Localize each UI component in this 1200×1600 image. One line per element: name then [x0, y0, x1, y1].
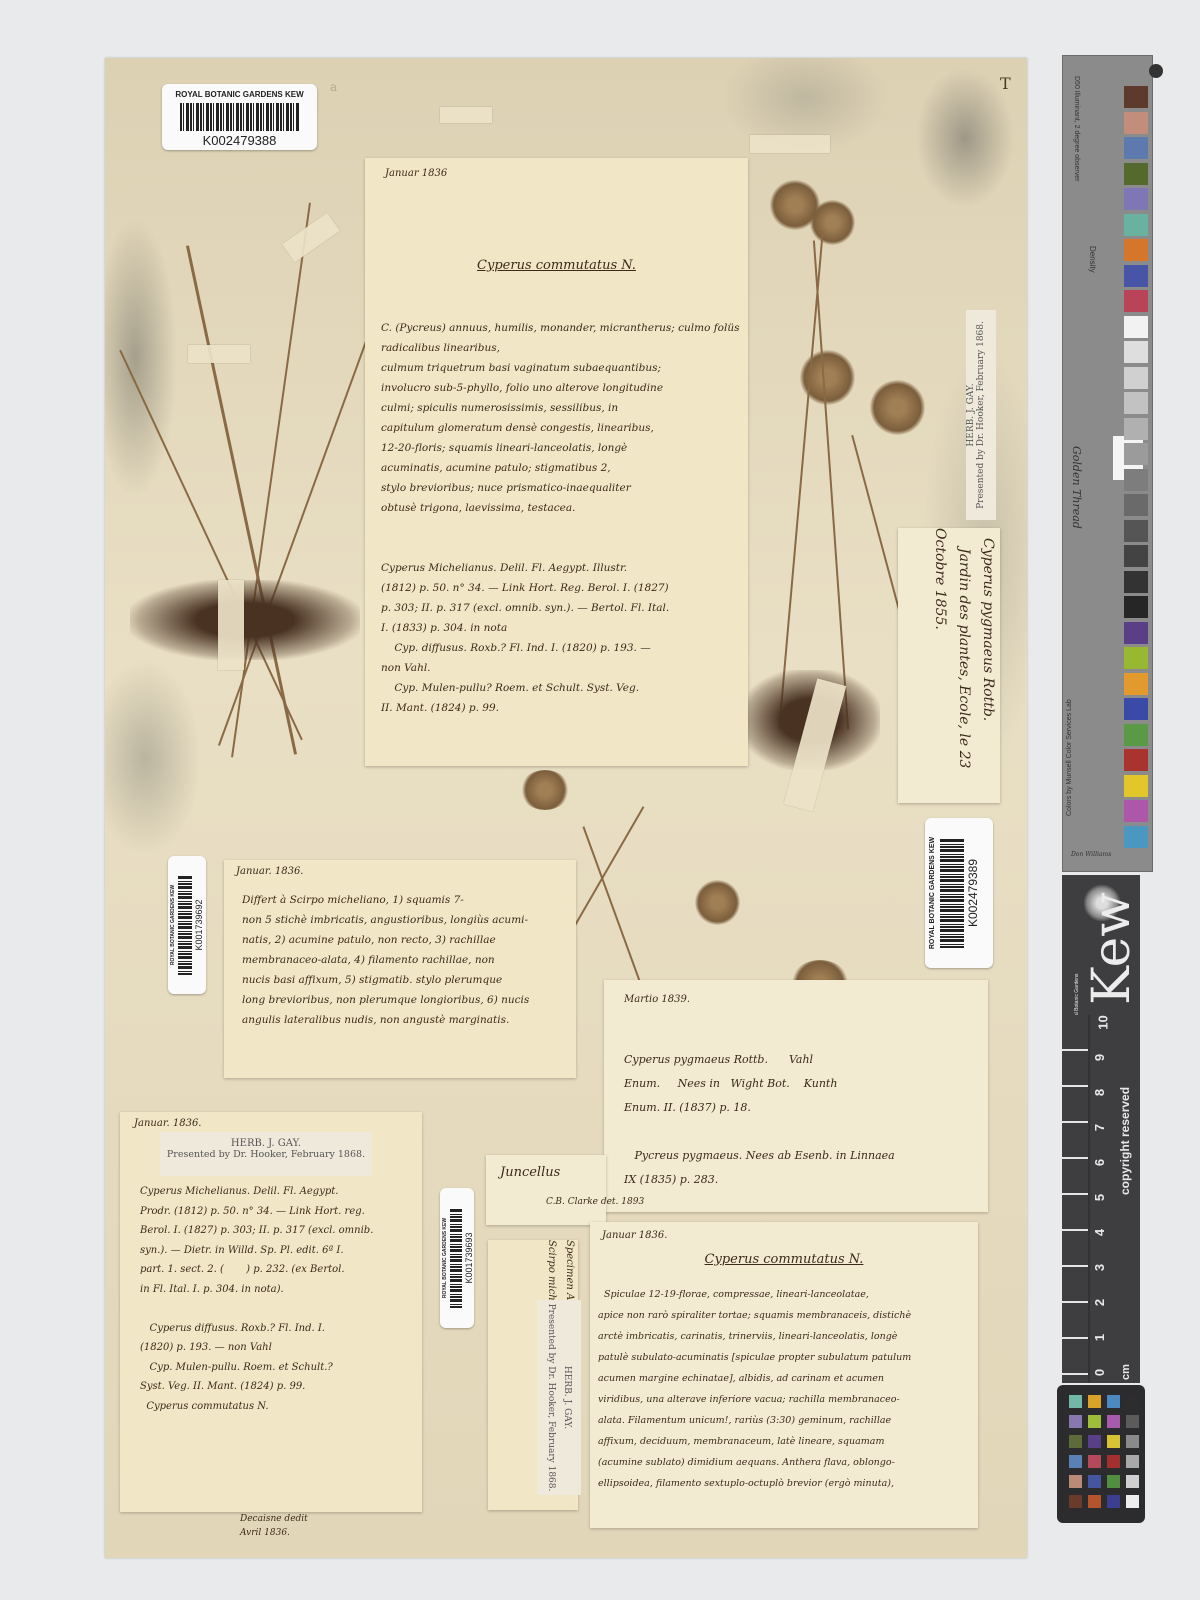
- plant-specimen-left: [120, 180, 380, 740]
- color-swatch: [1124, 571, 1148, 593]
- color-swatch: [1124, 749, 1148, 771]
- color-swatch: [1124, 826, 1148, 848]
- bottom-right-description-note: Januar 1836. Cyperus commutatus N. Spicu…: [590, 1222, 978, 1528]
- color-swatch: [1124, 520, 1148, 542]
- bottom-left-note: Januar. 1836. HERB. J. GAY. Presented by…: [120, 1112, 422, 1512]
- checker-swatch: [1088, 1455, 1101, 1468]
- kew-scale-bar: Kew Royal Botanic Gardens copyright rese…: [1062, 875, 1140, 1383]
- ruler-tick-label: 0: [1092, 1369, 1107, 1376]
- color-swatch: [1124, 392, 1148, 414]
- donor-note: Decaisne dedit Avril 1836.: [240, 1512, 308, 1540]
- barcode-label-left: ROYAL BOTANIC GARDENS KEW K001739692: [168, 856, 206, 994]
- herb-subtitle: Presented by Dr. Hooker, February 1868.: [976, 310, 986, 520]
- juncellus-determination-label: Juncellus C.B. Clarke det. 1893: [486, 1155, 606, 1225]
- checker-swatch: [1088, 1495, 1101, 1508]
- institution-name: ROYAL BOTANIC GARDENS KEW: [925, 818, 936, 968]
- color-swatch: [1124, 239, 1148, 261]
- checker-swatch: [1107, 1475, 1120, 1488]
- checker-swatch: [1088, 1415, 1101, 1428]
- barcode-number: K001739693: [464, 1188, 474, 1328]
- checker-swatch: [1107, 1395, 1120, 1408]
- checker-swatch: [1107, 1415, 1120, 1428]
- color-bar-signature: Don Williams: [1071, 851, 1111, 858]
- color-swatch: [1124, 367, 1148, 389]
- color-swatch: [1124, 698, 1148, 720]
- color-swatch: [1124, 137, 1148, 159]
- species-name: Cyperus pygmaeus Rottb.: [976, 528, 1000, 803]
- color-swatch: [1124, 188, 1148, 210]
- color-swatch: [1124, 494, 1148, 516]
- ruler-tick-label: 10: [1096, 1015, 1111, 1029]
- note-text: Differt à Scirpo micheliano, 1) squamis …: [242, 890, 570, 1030]
- ruler-tick-label: 1: [1092, 1334, 1107, 1341]
- color-swatch: [1124, 265, 1148, 287]
- checker-swatch: [1069, 1435, 1082, 1448]
- barcode-label-center: ROYAL BOTANIC GARDENS KEW K001739693: [440, 1188, 474, 1328]
- checker-swatch: [1126, 1435, 1139, 1448]
- checker-swatch: [1107, 1435, 1120, 1448]
- color-calibration-bar: Colors by Munsell Color Services Lab D50…: [1062, 55, 1153, 872]
- checker-swatch: [1107, 1495, 1120, 1508]
- mounting-tape: [440, 107, 492, 123]
- herb-gay-label: HERB. J. GAY. Presented by Dr. Hooker, F…: [160, 1132, 372, 1176]
- barcode-label-top: ROYAL BOTANIC GARDENS KEW K002479388: [162, 84, 317, 150]
- institution-name: ROYAL BOTANIC GARDENS KEW: [168, 856, 176, 994]
- mounting-tape: [750, 135, 830, 153]
- color-swatch: [1124, 316, 1148, 338]
- color-bar-credit: Colors by Munsell Color Services Lab: [1066, 516, 1073, 816]
- barcode-number: K002479388: [162, 133, 317, 148]
- herb-title: HERB. J. GAY.: [966, 310, 976, 520]
- kew-logo: Kew: [1082, 892, 1142, 1005]
- mounting-tape: [188, 345, 250, 363]
- mounting-tape: [218, 580, 244, 670]
- juncellus-name: Juncellus: [500, 1165, 560, 1180]
- institution-name: ROYAL BOTANIC GARDENS KEW: [440, 1188, 448, 1328]
- color-swatch: [1124, 418, 1148, 440]
- checker-swatch: [1107, 1455, 1120, 1468]
- corner-letter: a: [330, 80, 337, 94]
- ruler-tick-label: 8: [1092, 1089, 1107, 1096]
- herb-gay-label-vertical: HERB. J. GAY. Presented by Dr. Hooker, F…: [966, 310, 996, 520]
- barcode: [178, 875, 192, 975]
- color-swatch: [1124, 214, 1148, 236]
- checker-swatch: [1088, 1475, 1101, 1488]
- note-title: Cyperus commutatus N.: [590, 1252, 978, 1267]
- note-description: C. (Pycreus) annuus, humilis, monander, …: [381, 318, 740, 518]
- determiner: C.B. Clarke det. 1893: [546, 1197, 644, 1207]
- checker-swatch: [1069, 1395, 1082, 1408]
- note-date: Januar. 1836.: [134, 1118, 201, 1129]
- note-date: Martio 1839.: [624, 994, 690, 1005]
- color-swatch: [1124, 622, 1148, 644]
- barcode: [450, 1208, 462, 1308]
- checker-swatch: [1088, 1395, 1101, 1408]
- color-swatch: [1124, 163, 1148, 185]
- note-text: Spiculae 12-19-florae, compressae, linea…: [598, 1284, 974, 1494]
- color-swatch: [1124, 112, 1148, 134]
- checker-swatch: [1069, 1455, 1082, 1468]
- copyright-text: copyright reserved: [1118, 1087, 1132, 1195]
- checker-swatch: [1126, 1395, 1139, 1408]
- color-checker-card: [1057, 1385, 1145, 1523]
- barcode-number: K001739692: [194, 856, 204, 994]
- note-synonyms: Cyperus Michelianus. Delil. Fl. Aegypt. …: [381, 558, 740, 718]
- scale-unit: cm: [1120, 1364, 1132, 1380]
- ruler-tick-label: 7: [1092, 1124, 1107, 1131]
- differt-note: Januar. 1836. Differt à Scirpo michelian…: [224, 860, 576, 1078]
- color-swatch: [1124, 647, 1148, 669]
- checker-swatch: [1069, 1495, 1082, 1508]
- barcode-number: K002479389: [966, 818, 980, 968]
- page-mark: T: [1000, 74, 1011, 93]
- herb-subtitle: Presented by Dr. Hooker, February 1868.: [543, 1300, 559, 1495]
- checker-swatch: [1126, 1455, 1139, 1468]
- barcode: [180, 103, 300, 131]
- barcode: [940, 838, 964, 948]
- color-swatch: [1124, 545, 1148, 567]
- ruler-tick-label: 4: [1092, 1229, 1107, 1236]
- locality-date: Octobre 1855.: [928, 528, 952, 803]
- herb-title: HERB. J. GAY.: [559, 1300, 575, 1495]
- color-swatch: [1124, 443, 1148, 465]
- note-text: Cyperus pygmaeus Rottb. Vahl Enum. Nees …: [624, 1048, 982, 1192]
- density-label: Density: [1088, 246, 1097, 273]
- color-swatch: [1124, 673, 1148, 695]
- ruler: [1062, 1015, 1090, 1383]
- herb-subtitle: Presented by Dr. Hooker, February 1868.: [160, 1149, 372, 1160]
- checker-swatch: [1088, 1435, 1101, 1448]
- color-swatch: [1124, 724, 1148, 746]
- barcode-label-right: ROYAL BOTANIC GARDENS KEW K002479389: [925, 818, 993, 968]
- checker-swatch: [1126, 1495, 1139, 1508]
- martio-note: Martio 1839. Cyperus pygmaeus Rottb. Vah…: [604, 980, 988, 1212]
- note-date: Januar. 1836.: [236, 866, 303, 877]
- herb-gay-label-center: HERB. J. GAY. Presented by Dr. Hooker, F…: [537, 1300, 581, 1495]
- locality-label-vertical: Cyperus pygmaeus Rottb. Jardin des plant…: [898, 528, 1000, 803]
- color-swatch: [1124, 775, 1148, 797]
- color-bar-header: D50 Illuminant, 2 degree observer: [1073, 76, 1080, 396]
- note-date: Januar 1836: [385, 168, 447, 179]
- checker-swatch: [1069, 1475, 1082, 1488]
- color-swatch: [1124, 290, 1148, 312]
- color-swatch: [1124, 800, 1148, 822]
- note-date: Januar 1836.: [602, 1230, 667, 1241]
- locality-line: Jardin des plantes, Ecole, le 23: [952, 528, 976, 803]
- color-bar-brand: Golden Thread: [1070, 446, 1083, 529]
- note-title: Cyperus commutatus N.: [365, 258, 748, 273]
- color-swatch: [1124, 341, 1148, 363]
- institution-name: ROYAL BOTANIC GARDENS KEW: [162, 84, 317, 99]
- color-swatch: [1124, 86, 1148, 108]
- main-determination-note: Januar 1836 Cyperus commutatus N. C. (Py…: [365, 158, 748, 766]
- ruler-tick-label: 6: [1092, 1159, 1107, 1166]
- checker-swatch: [1126, 1475, 1139, 1488]
- color-swatch: [1124, 596, 1148, 618]
- color-swatch: [1124, 469, 1148, 491]
- checker-swatch: [1126, 1415, 1139, 1428]
- ruler-tick-label: 5: [1092, 1194, 1107, 1201]
- checker-swatch: [1069, 1415, 1082, 1428]
- herb-title: HERB. J. GAY.: [160, 1132, 372, 1149]
- ruler-tick-label: 2: [1092, 1299, 1107, 1306]
- ruler-tick-label: 9: [1092, 1054, 1107, 1061]
- note-text: Cyperus Michelianus. Delil. Fl. Aegypt. …: [140, 1182, 418, 1416]
- ruler-tick-label: 3: [1092, 1264, 1107, 1271]
